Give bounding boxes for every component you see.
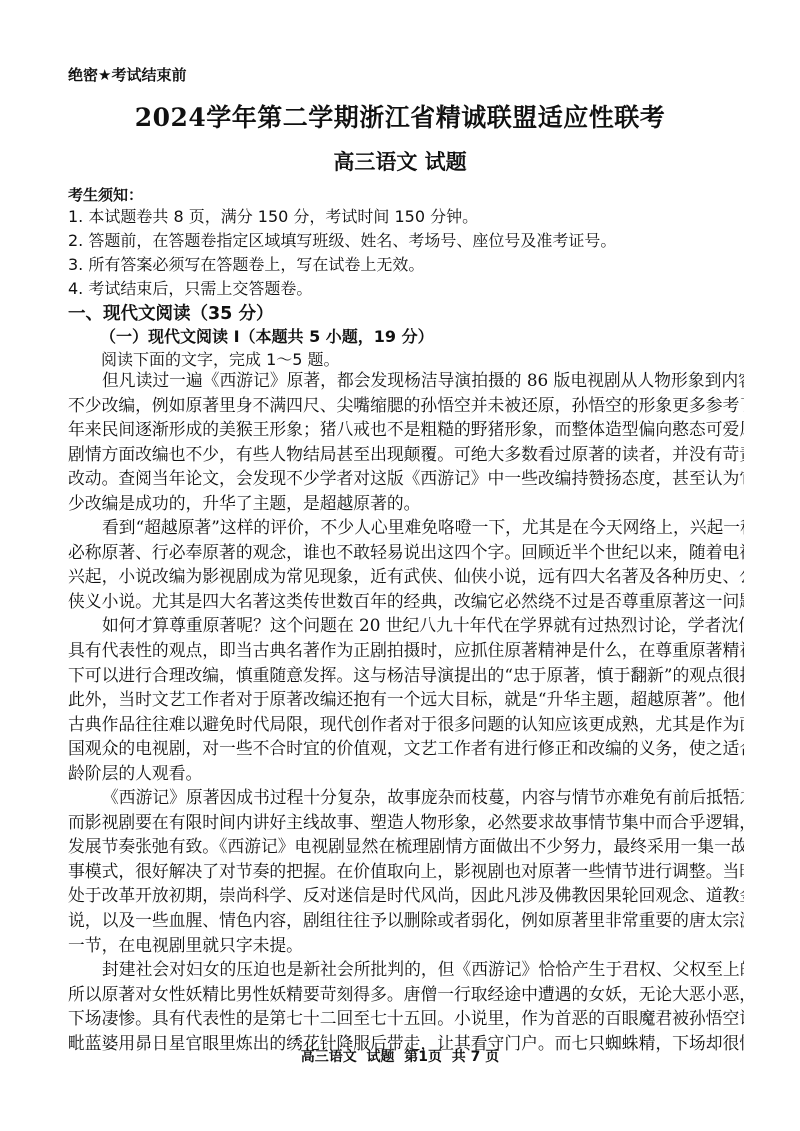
passage-line: 发展节奏张弛有致。《西游记》电视剧显然在梳理剧情方面做出不少努力，最终采用一集一…	[68, 834, 744, 859]
reading-passage: 但凡读过一遍《西游记》原著，都会发现杨洁导演拍摄的 86 版电视剧从人物形象到内…	[68, 368, 744, 1055]
page-footer: 高三语文 试题 第1页 共 7 页	[0, 1046, 800, 1066]
passage-line: 一节，在电视剧里就只字未提。	[68, 933, 744, 958]
subsection-heading: （一）现代文阅读 I（本题共 5 小题，19 分）	[100, 324, 434, 347]
passage-line: 年来民间逐渐形成的美猴王形象；猪八戒也不是粗糙的野猪形象，而整体造型偏向憨态可爱…	[68, 417, 744, 442]
passage-line: 剧情方面改编也不少，有些人物结局甚至出现颠覆。可绝大多数看过原著的读者，并没有苛…	[68, 442, 744, 467]
passage-paragraph: 如何才算尊重原著呢？这个问题在 20 世纪八九十年代在学界就有过热烈讨论，学者沈…	[68, 613, 744, 785]
notice-heading: 考生须知：	[68, 184, 143, 205]
reading-instruction: 阅读下面的文字，完成 1～5 题。	[101, 347, 340, 370]
passage-line: 事模式，很好解决了对节奏的把握。在价值取向上，影视剧也对原著一些情节进行调整。当…	[68, 859, 744, 884]
passage-line: 所以原著对女性妖精比男性妖精要苛刻得多。唐僧一行取经途中遭遇的女妖，无论大恶小恶…	[68, 982, 744, 1007]
passage-line: 而影视剧要在有限时间内讲好主线故事、塑造人物形象，必然要求故事情节集中而合乎逻辑…	[68, 810, 744, 835]
passage-line: 处于改革开放初期，崇尚科学、反对迷信是时代风尚，因此凡涉及佛教因果轮回观念、道教…	[68, 883, 744, 908]
passage-line: 说，以及一些血腥、情色内容，剧组往往予以删除或者弱化，例如原著里非常重要的唐太宗…	[68, 908, 744, 933]
passage-line: 如何才算尊重原著呢？这个问题在 20 世纪八九十年代在学界就有过热烈讨论，学者沈…	[68, 613, 744, 638]
notice-item: 4. 考试结束后，只需上交答题卷。	[68, 277, 748, 301]
passage-line: 龄阶层的人观看。	[68, 761, 744, 786]
passage-line: 下可以进行合理改编，慎重随意发挥。这与杨洁导演提出的“忠于原著，慎于翻新”的观点…	[68, 663, 744, 688]
notice-item: 1. 本试题卷共 8 页，满分 150 分，考试时间 150 分钟。	[68, 205, 748, 229]
passage-paragraph: 封建社会对妇女的压迫也是新社会所批判的，但《西游记》恰恰产生于君权、父权至上的时…	[68, 957, 744, 1055]
passage-line: 看到“超越原著”这样的评价，不少人心里难免咯噔一下，尤其是在今天网络上，兴起一种…	[68, 515, 744, 540]
passage-line: 但凡读过一遍《西游记》原著，都会发现杨洁导演拍摄的 86 版电视剧从人物形象到内…	[68, 368, 744, 393]
passage-line: 侠义小说。尤其是四大名著这类传世数百年的经典，改编它必然绕不过是否尊重原著这一问…	[68, 589, 744, 614]
passage-line: 兴起，小说改编为影视剧成为常见现象，近有武侠、仙侠小说，远有四大名著及各种历史、…	[68, 564, 744, 589]
passage-line: 下场凄惨。具有代表性的是第七十二回至七十五回。小说里，作为首恶的百眼魔君被孙悟空…	[68, 1006, 744, 1031]
passage-paragraph: 《西游记》原著因成书过程十分复杂，故事庞杂而枝蔓，内容与情节亦难免有前后抵牾之处…	[68, 785, 744, 957]
passage-line: 《西游记》原著因成书过程十分复杂，故事庞杂而枝蔓，内容与情节亦难免有前后抵牾之处…	[68, 785, 744, 810]
confidential-label: 绝密★考试结束前	[68, 64, 186, 85]
passage-line: 此外，当时文艺工作者对于原著改编还抱有一个远大目标，就是“升华主题，超越原著”。…	[68, 687, 744, 712]
passage-line: 古典作品往往难以避免时代局限，现代创作者对于很多问题的认知应该更成熟，尤其是作为…	[68, 712, 744, 737]
notice-item: 3. 所有答案必须写在答题卷上，写在试卷上无效。	[68, 253, 748, 277]
passage-line: 不少改编，例如原著里身不满四尺、尖嘴缩腮的孙悟空并未被还原，孙悟空的形象更多参考…	[68, 393, 744, 418]
notice-item: 2. 答题前，在答题卷指定区域填写班级、姓名、考场号、座位号及准考证号。	[68, 229, 748, 253]
passage-line: 少改编是成功的，升华了主题，是超越原著的。	[68, 491, 744, 516]
passage-paragraph: 但凡读过一遍《西游记》原著，都会发现杨洁导演拍摄的 86 版电视剧从人物形象到内…	[68, 368, 744, 515]
passage-line: 国观众的电视剧，对一些不合时宜的价值观，文艺工作者有进行修正和改编的义务，使之适…	[68, 736, 744, 761]
passage-line: 必称原著、行必奉原著的观念，谁也不敢轻易说出这四个字。回顾近半个世纪以来，随着电…	[68, 540, 744, 565]
passage-line: 改动。查阅当年论文，会发现不少学者对这版《西游记》中一些改编持赞扬态度，甚至认为…	[68, 466, 744, 491]
exam-page: 绝密★考试结束前 2024学年第二学期浙江省精诚联盟适应性联考 高三语文 试题 …	[0, 0, 800, 1131]
passage-line: 封建社会对妇女的压迫也是新社会所批判的，但《西游记》恰恰产生于君权、父权至上的时…	[68, 957, 744, 982]
notice-list: 1. 本试题卷共 8 页，满分 150 分，考试时间 150 分钟。 2. 答题…	[68, 205, 748, 301]
section-heading: 一、现代文阅读（35 分）	[68, 300, 273, 325]
passage-paragraph: 看到“超越原著”这样的评价，不少人心里难免咯噔一下，尤其是在今天网络上，兴起一种…	[68, 515, 744, 613]
passage-line: 具有代表性的观点，即当古典名著作为正剧拍摄时，应抓住原著精神是什么，在尊重原著精…	[68, 638, 744, 663]
exam-title: 2024学年第二学期浙江省精诚联盟适应性联考	[0, 98, 800, 134]
exam-subtitle: 高三语文 试题	[0, 146, 800, 176]
